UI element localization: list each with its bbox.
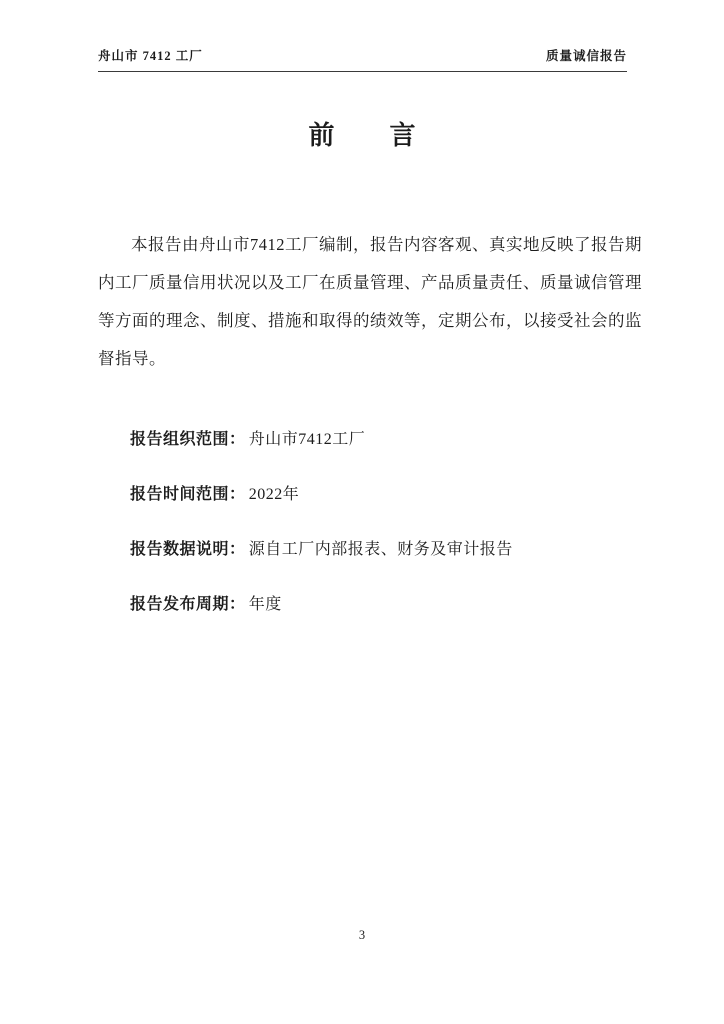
header-report-title: 质量诚信报告	[546, 46, 627, 64]
paragraph-line-2: 内工厂质量信用状况以及工厂在质量管理、产品质量责任、质量诚信管理	[98, 264, 627, 302]
report-period-value: 2022年	[249, 486, 300, 503]
paragraph-line-3: 等方面的理念、制度、措施和取得的绩效等，定期公布，以接受社会的监	[98, 302, 627, 340]
report-period-label: 报告时间范围：	[130, 486, 246, 503]
report-cycle-value: 年度	[249, 596, 282, 613]
paragraph-line-4: 督指导。	[98, 340, 627, 378]
report-scope-label: 报告组织范围：	[130, 431, 246, 448]
page-header: 舟山市 7412 工厂 质量诚信报告	[98, 46, 627, 72]
header-company-name: 舟山市 7412 工厂	[98, 46, 203, 64]
preface-paragraph: 本报告由舟山市7412工厂编制，报告内容客观、真实地反映了报告期 内工厂质量信用…	[98, 226, 627, 378]
report-cycle-label: 报告发布周期：	[130, 596, 246, 613]
report-scope-value: 舟山市7412工厂	[249, 431, 366, 448]
report-period-item: 报告时间范围：2022年	[98, 483, 627, 507]
document-page: 舟山市 7412 工厂 质量诚信报告 前 言 本报告由舟山市7412工厂编制，报…	[0, 0, 724, 1024]
report-data-source-label: 报告数据说明：	[130, 541, 246, 558]
page-footer: 3	[0, 928, 724, 943]
report-meta-list: 报告组织范围：舟山市7412工厂 报告时间范围：2022年 报告数据说明：源自工…	[98, 428, 627, 648]
report-data-source-item: 报告数据说明：源自工厂内部报表、财务及审计报告	[98, 538, 627, 562]
paragraph-line-1: 本报告由舟山市7412工厂编制，报告内容客观、真实地反映了报告期	[98, 226, 627, 264]
page-number: 3	[359, 928, 365, 942]
report-data-source-value: 源自工厂内部报表、财务及审计报告	[249, 541, 513, 558]
report-scope-item: 报告组织范围：舟山市7412工厂	[98, 428, 627, 452]
page-title: 前 言	[98, 116, 627, 156]
report-cycle-item: 报告发布周期：年度	[98, 593, 627, 617]
